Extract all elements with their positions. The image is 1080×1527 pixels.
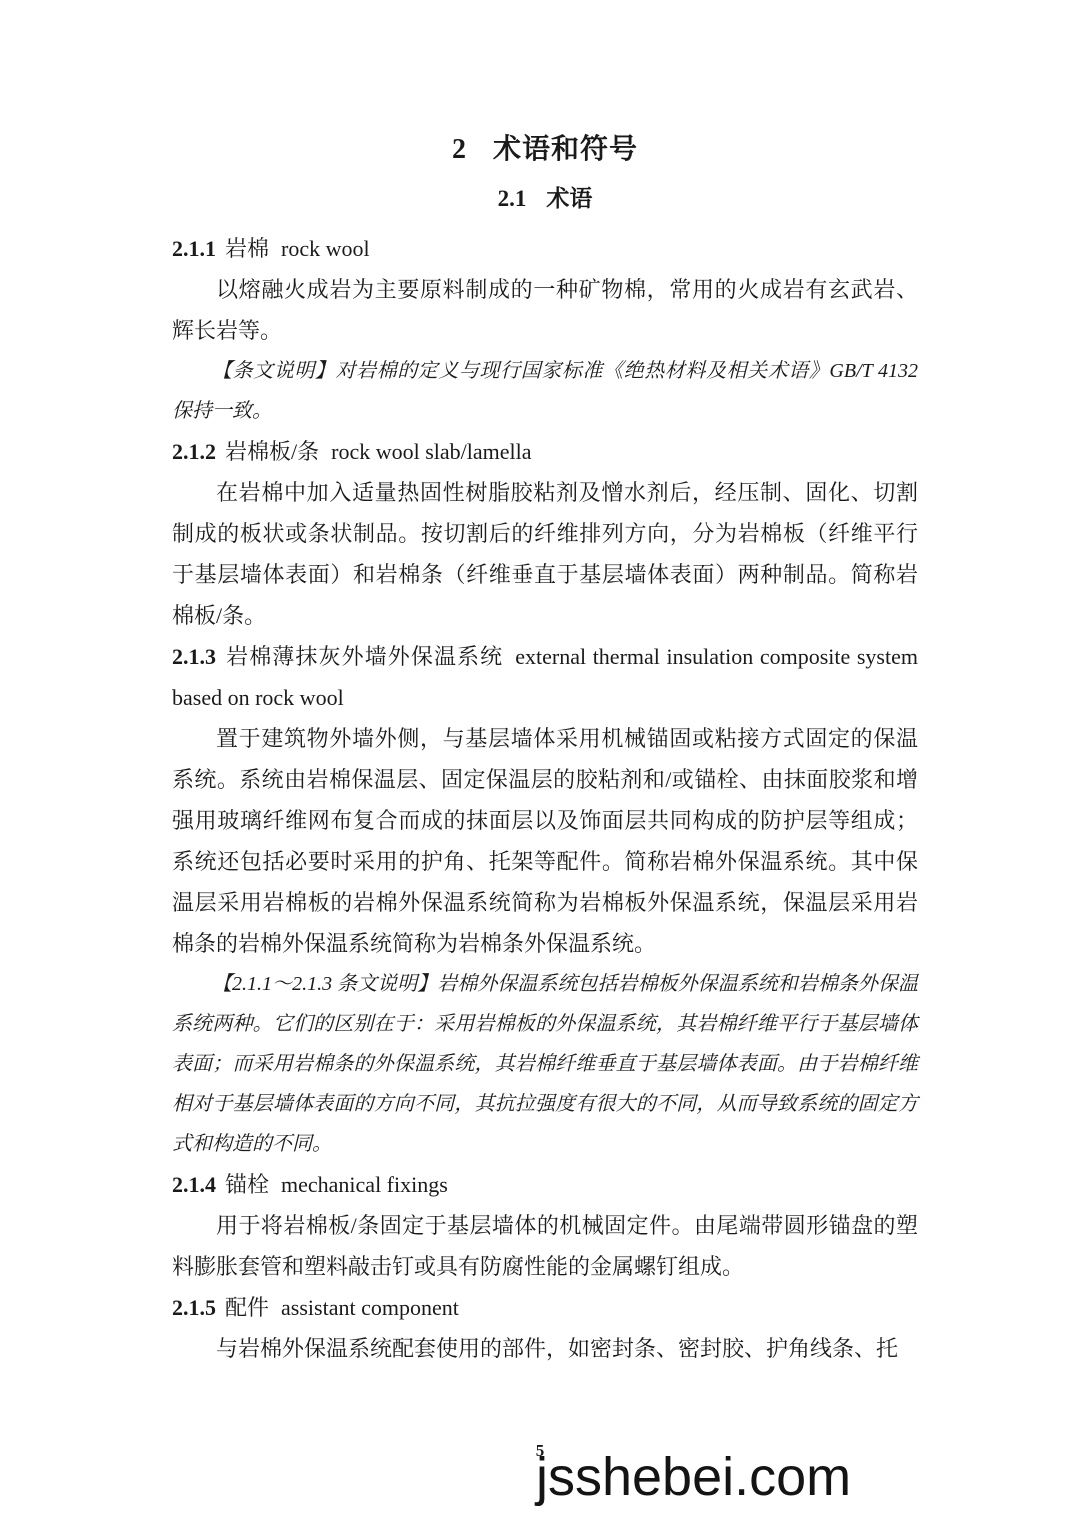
term-heading: 2.1.2岩棉板/条rock wool slab/lamella (172, 431, 918, 472)
term-definition: 以熔融火成岩为主要原料制成的一种矿物棉，常用的火成岩有玄武岩、辉长岩等。 (172, 269, 918, 351)
section-title: 术语 (546, 186, 592, 211)
term-entry-2-1-1: 2.1.1岩棉rock wool 以熔融火成岩为主要原料制成的一种矿物棉，常用的… (172, 228, 918, 431)
term-definition: 在岩棉中加入适量热固性树脂胶粘剂及憎水剂后，经压制、固化、切割制成的板状或条状制… (172, 472, 918, 636)
term-heading: 2.1.3岩棉薄抹灰外墙外保温系统external thermal insula… (172, 636, 918, 718)
term-id: 2.1.5 (172, 1295, 216, 1320)
term-explanation-note: 【条文说明】对岩棉的定义与现行国家标准《绝热材料及相关术语》GB/T 4132 … (172, 351, 918, 431)
term-id: 2.1.2 (172, 439, 216, 464)
section-number: 2.1 (498, 186, 527, 211)
document-page: 2术语和符号 2.1术语 2.1.1岩棉rock wool 以熔融火成岩为主要原… (0, 0, 1080, 1527)
term-id: 2.1.4 (172, 1172, 216, 1197)
term-entry-2-1-4: 2.1.4锚栓mechanical fixings 用于将岩棉板/条固定于基层墙… (172, 1164, 918, 1287)
term-name-en: assistant component (281, 1295, 459, 1320)
term-entry-2-1-2: 2.1.2岩棉板/条rock wool slab/lamella 在岩棉中加入适… (172, 431, 918, 636)
section-heading: 2.1术语 (172, 184, 918, 214)
term-heading: 2.1.4锚栓mechanical fixings (172, 1164, 918, 1205)
term-explanation-note: 【2.1.1～2.1.3 条文说明】岩棉外保温系统包括岩棉板外保温系统和岩棉条外… (172, 964, 918, 1164)
page-content: 2术语和符号 2.1术语 2.1.1岩棉rock wool 以熔融火成岩为主要原… (172, 0, 918, 1369)
term-definition: 置于建筑物外墙外侧，与基层墙体采用机械锚固或粘接方式固定的保温系统。系统由岩棉保… (172, 718, 918, 964)
term-name-en: rock wool slab/lamella (331, 439, 531, 464)
term-heading: 2.1.1岩棉rock wool (172, 228, 918, 269)
chapter-title: 术语和符号 (493, 134, 638, 165)
term-heading: 2.1.5配件assistant component (172, 1287, 918, 1328)
chapter-number: 2 (452, 134, 467, 165)
term-entry-2-1-5: 2.1.5配件assistant component 与岩棉外保温系统配套使用的… (172, 1287, 918, 1369)
term-definition: 与岩棉外保温系统配套使用的部件，如密封条、密封胶、护角线条、托 (172, 1328, 918, 1369)
watermark-text: jsshebei.com (536, 1448, 851, 1506)
term-name-en: mechanical fixings (281, 1172, 448, 1197)
term-id: 2.1.1 (172, 236, 216, 261)
term-definition: 用于将岩棉板/条固定于基层墙体的机械固定件。由尾端带圆形锚盘的塑料膨胀套管和塑料… (172, 1205, 918, 1287)
term-name-zh: 配件 (225, 1295, 269, 1320)
chapter-heading: 2术语和符号 (172, 132, 918, 168)
term-name-en: rock wool (281, 236, 370, 261)
term-name-zh: 岩棉薄抹灰外墙外保温系统 (225, 644, 503, 669)
term-name-zh: 锚栓 (225, 1172, 269, 1197)
term-name-zh: 岩棉 (225, 236, 269, 261)
term-id: 2.1.3 (172, 644, 216, 669)
term-name-zh: 岩棉板/条 (225, 439, 319, 464)
term-entry-2-1-3: 2.1.3岩棉薄抹灰外墙外保温系统external thermal insula… (172, 636, 918, 1164)
